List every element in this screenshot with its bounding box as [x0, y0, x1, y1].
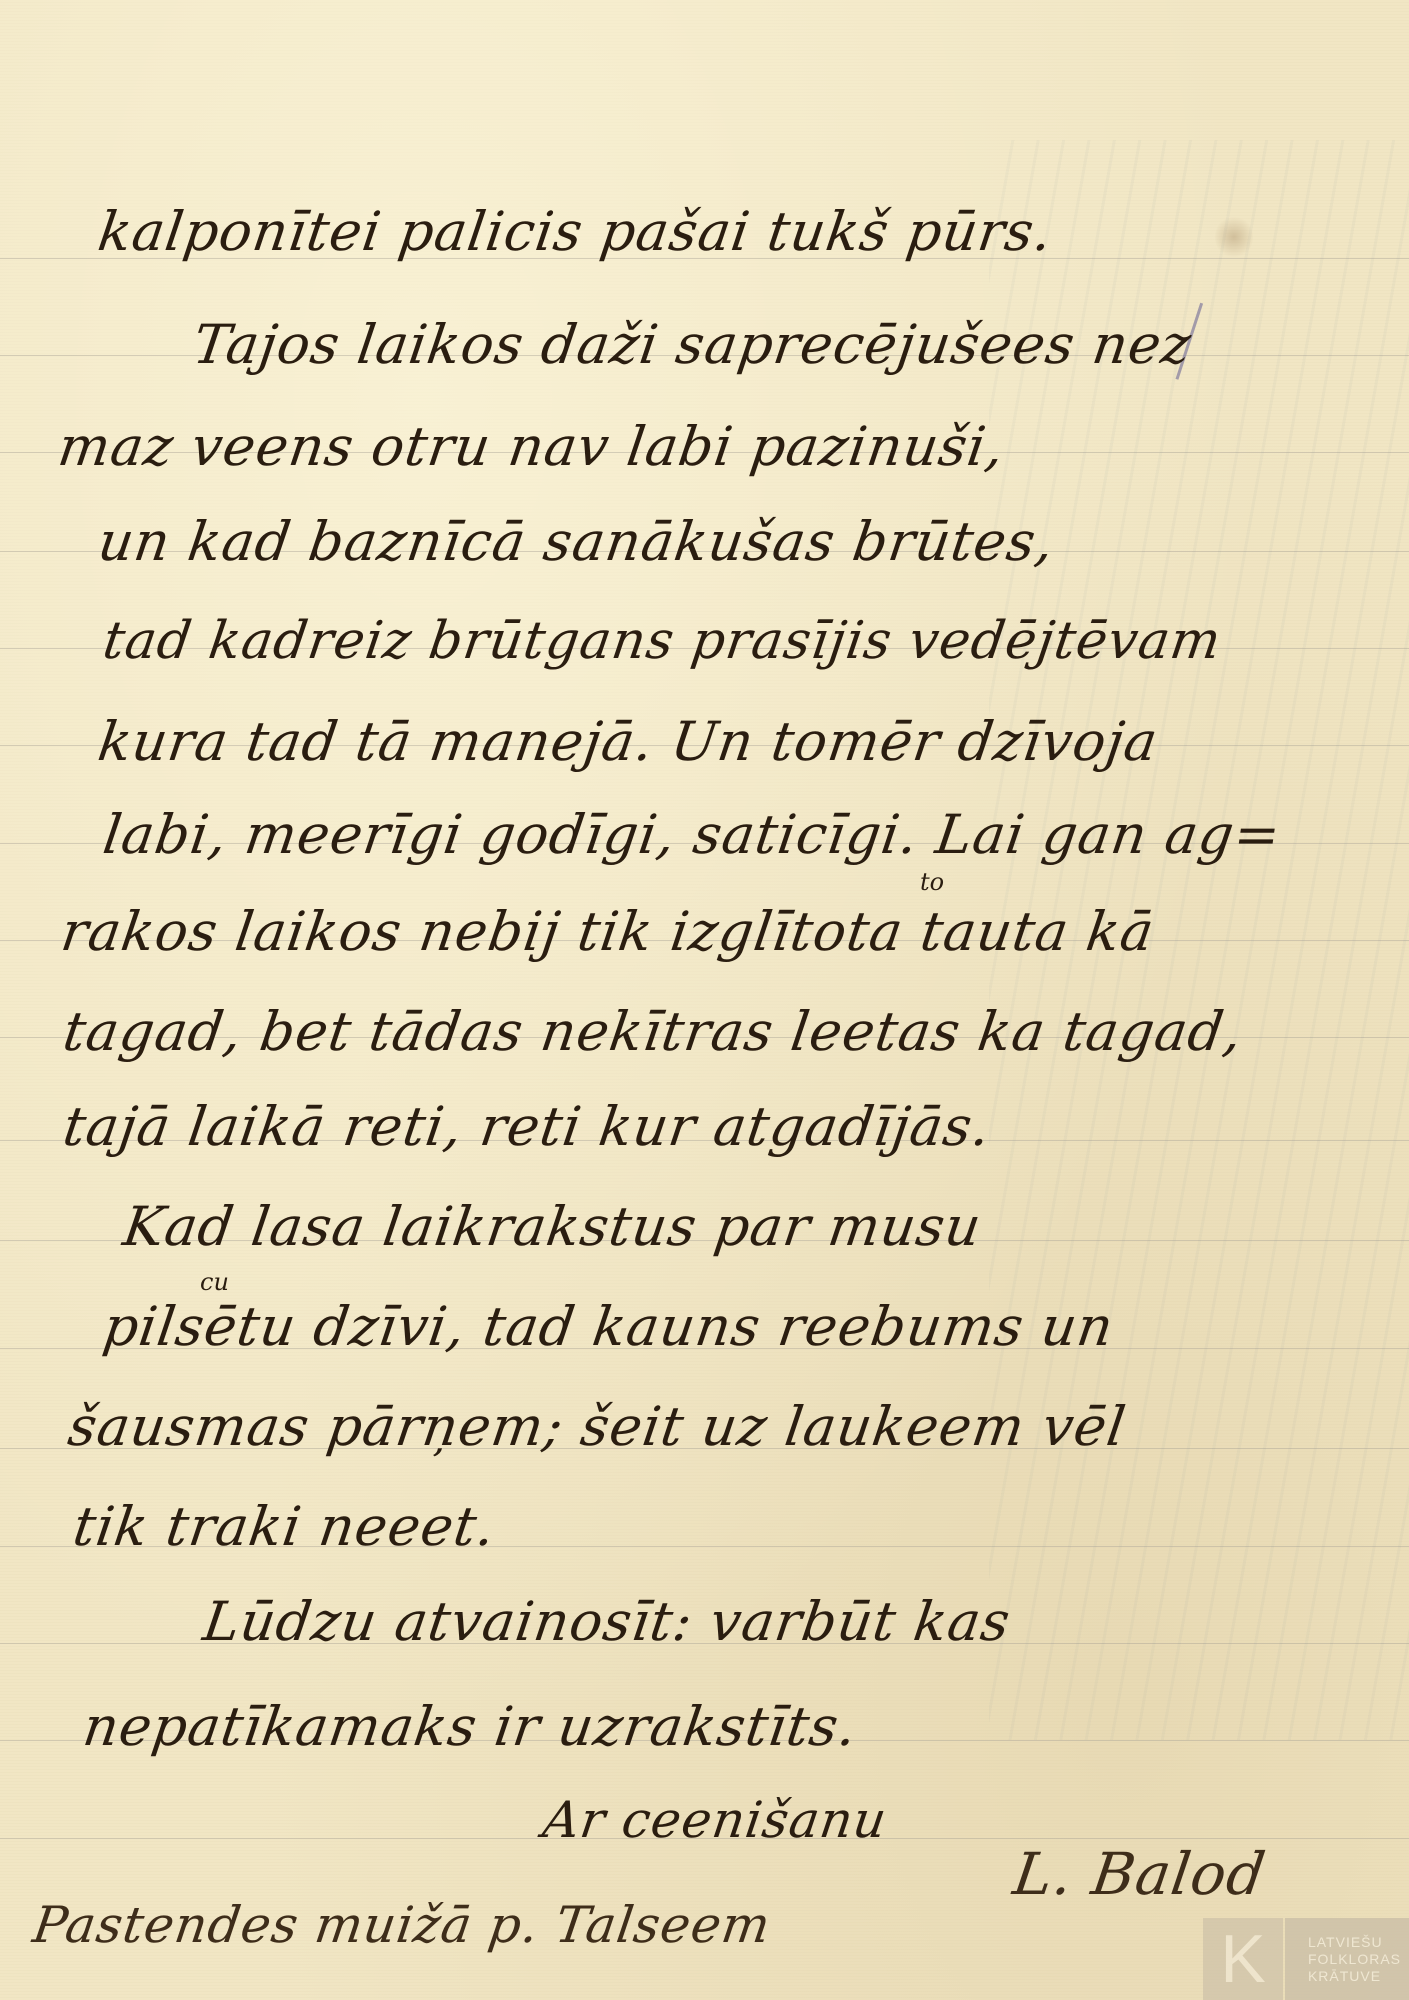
archive-watermark: K LATVIEŠU FOLKLORAS KRĀTUVE [1285, 1918, 1409, 2000]
text-line-15: Lūdzu atvainosīt: varbūt kas [200, 1595, 1014, 1649]
paper-stain [1215, 215, 1253, 259]
text-line-5: tad kadreiz brūtgans prasījis vedējtēvam [100, 615, 1225, 667]
signature: L. Balod [1010, 1845, 1269, 1903]
archive-name-line-2: FOLKLORAS [1308, 1951, 1401, 1968]
text-line-4: un kad baznīcā sanākušas brūtes, [95, 515, 1058, 569]
text-line-6: kura tad tā manejā. Un tomēr dzīvoja [95, 715, 1161, 769]
text-line-7: labi, meerīgi godīgi, saticīgi. Lai gan … [100, 808, 1284, 862]
text-line-12: pilsētu dzīvi, tad kauns reebums un [100, 1300, 1117, 1354]
text-line-10: tajā laikā reti, reti kur atgadījās. [60, 1100, 994, 1154]
text-line-16: nepatīkamaks ir uzrakstīts. [80, 1700, 860, 1754]
correction-insert: cu [200, 1268, 229, 1296]
archive-name-line-3: KRĀTUVE [1308, 1968, 1401, 1985]
text-line-2: Tajos laikos daži saprecējušees nez [190, 318, 1195, 372]
archive-logo-icon: K [1203, 1918, 1283, 2000]
document-page: kalponītei palicis pašai tukš pūrs. Tajo… [0, 0, 1409, 2000]
text-line-13: šausmas pārņem; šeit uz laukeem vēl [65, 1400, 1129, 1454]
closing-text: Ar ceenišanu [540, 1795, 890, 1845]
text-line-1: kalponītei palicis pašai tukš pūrs. [95, 205, 1056, 259]
archive-name-line-1: LATVIEŠU [1308, 1934, 1401, 1951]
archive-name: LATVIEŠU FOLKLORAS KRĀTUVE [1308, 1934, 1401, 1985]
text-line-14: tik traki neeet. [70, 1500, 499, 1554]
text-line-8: rakos laikos nebij tik izglītota tauta k… [58, 905, 1158, 959]
text-line-3: maz veens otru nav labi pazinuši, [55, 420, 1008, 474]
text-line-9: tagad, bet tādas nekītras leetas ka taga… [60, 1005, 1246, 1059]
correction-insert: to [920, 868, 944, 896]
sender-address: Pastendes muižā p. Talseem [30, 1900, 774, 1950]
text-line-11: Kad lasa laikrakstus par musu [120, 1200, 985, 1254]
